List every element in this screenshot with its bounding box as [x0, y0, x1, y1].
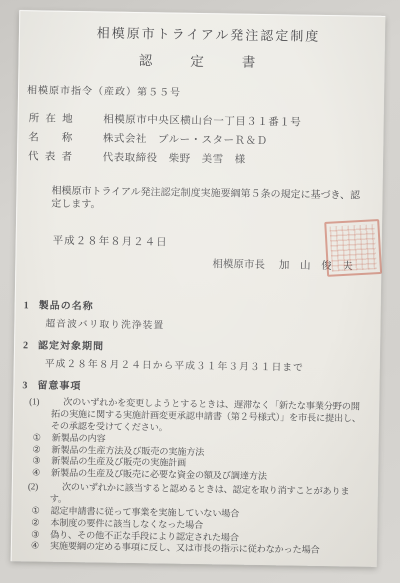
item-number: ③ [31, 529, 50, 541]
item-number: ④ [32, 467, 51, 479]
section-number: 3 [22, 379, 37, 392]
recipient-label: 代表者 [28, 147, 72, 167]
recipient-value: 代表取締役 柴野 美雪 様 [103, 152, 246, 165]
recipient-label: 名称 [28, 128, 72, 148]
recipient-block: 所在地 相模原市中央区横山台一丁目３１番１号 名称 株式会社 ブルー・スターＲ＆… [26, 109, 370, 171]
photo-background: 相模原市トライアル発注認定制度 認定書 相模原市指令（産政）第５５号 所在地 相… [0, 0, 400, 583]
item-number: ② [32, 444, 51, 456]
notes-list: (1) 次のいずれかを変更しようとするときは、遅滞なく「新たな事業分野の開拓の実… [20, 395, 365, 557]
program-title: 相模原市トライアル発注認定制度 [37, 24, 380, 45]
note-row: (1) 次のいずれかを変更しようとするときは、遅滞なく「新たな事業分野の開拓の実… [29, 395, 366, 436]
ref-number: 相模原市指令（産政）第５５号 [27, 84, 370, 102]
recipient-value: 株式会社 ブルー・スターＲ＆Ｄ [103, 133, 268, 147]
section-heading-row: 3 留意事項 [22, 379, 365, 397]
section-notes: 3 留意事項 (1) 次のいずれかを変更しようとするときは、遅滞なく「新たな事業… [20, 379, 366, 557]
section-number: 1 [24, 299, 39, 312]
section-heading-row: 2 認定対象期間 [23, 339, 366, 357]
item-number: ④ [31, 541, 50, 553]
item-number: ① [31, 506, 50, 518]
certificate-title: 認定書 [27, 51, 370, 72]
note-text: 次のいずれかを変更しようとするときは、遅滞なく「新たな事業分野の開拓の実施に関す… [51, 396, 366, 437]
item-number: ③ [32, 456, 51, 468]
item-number: ② [31, 517, 50, 529]
item-number: ① [33, 432, 52, 444]
section-heading: 留意事項 [37, 379, 81, 393]
sections: 1 製品の名称 超音波バリ取り洗浄装置 2 認定対象期間 平成２８年８月２４日か… [20, 299, 367, 557]
section-body-line: 超音波バリ取り洗浄装置 [45, 318, 366, 336]
section-period: 2 認定対象期間 平成２８年８月２４日から平成３１年３月３１日まで [23, 339, 366, 375]
recipient-label: 所在地 [28, 109, 72, 129]
section-body-line: 平成２８年８月２４日から平成３１年３月３１日まで [45, 358, 366, 376]
section-product-name: 1 製品の名称 超音波バリ取り洗浄装置 [23, 299, 366, 335]
seal-pattern [329, 224, 376, 271]
recipient-value: 相模原市中央区横山台一丁目３１番１号 [103, 114, 301, 128]
official-seal [324, 219, 382, 277]
issue-date: 平成２８年８月２４日 [53, 235, 368, 253]
note-number: (1) [29, 395, 52, 431]
issuer-title: 相模原市長 [212, 259, 265, 271]
section-heading: 製品の名称 [39, 300, 94, 314]
note-number: (2) [28, 481, 50, 505]
recipient-row: 代表者 代表取締役 柴野 美雪 様 [26, 147, 369, 171]
section-heading: 認定対象期間 [38, 339, 104, 353]
certificate-paper: 相模原市トライアル発注認定制度 認定書 相模原市指令（産政）第５５号 所在地 相… [11, 10, 386, 567]
section-number: 2 [23, 339, 38, 352]
section-heading-row: 1 製品の名称 [24, 299, 367, 317]
certification-statement: 相模原市トライアル発注認定制度実施要綱第５条の規定に基づき、認定します。 [51, 185, 368, 216]
